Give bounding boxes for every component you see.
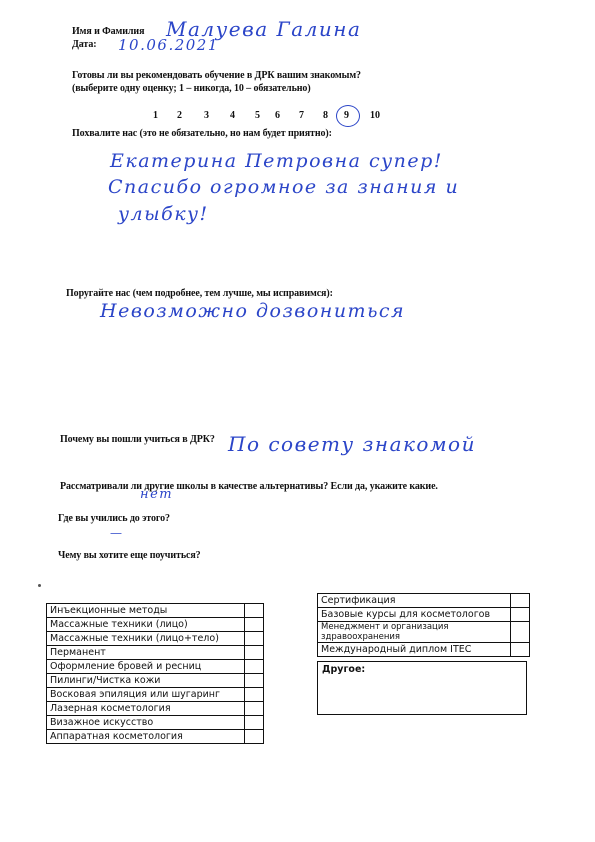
- course-left-label: Массажные техники (лицо+тело): [47, 632, 245, 646]
- course-left-row: Инъекционные методы: [47, 604, 264, 618]
- course-left-row: Оформление бровей и ресниц: [47, 660, 264, 674]
- course-left-label: Оформление бровей и ресниц: [47, 660, 245, 674]
- course-right-label: Сертификация: [318, 594, 511, 608]
- course-left-checkbox[interactable]: [245, 632, 264, 646]
- course-left-row: Массажные техники (лицо): [47, 618, 264, 632]
- alternatives-answer: нет: [140, 487, 173, 502]
- course-left-label: Инъекционные методы: [47, 604, 245, 618]
- course-left-label: Пилинги/Чистка кожи: [47, 674, 245, 688]
- date-value: 10.06.2021: [118, 36, 219, 54]
- course-left-checkbox[interactable]: [245, 688, 264, 702]
- praise-line-1: Екатерина Петровна супер!: [110, 150, 443, 172]
- course-left-checkbox[interactable]: [245, 674, 264, 688]
- course-left-label: Массажные техники (лицо): [47, 618, 245, 632]
- course-left-row: Массажные техники (лицо+тело): [47, 632, 264, 646]
- praise-label: Похвалите нас (это не обязательно, но на…: [72, 128, 332, 139]
- praise-line-2: Спасибо огромное за знания и: [108, 176, 459, 198]
- rating-option-6[interactable]: 6: [275, 110, 280, 121]
- course-right-label: Базовые курсы для косметологов: [318, 608, 511, 622]
- course-left-checkbox[interactable]: [245, 716, 264, 730]
- other-box[interactable]: Другое:: [317, 661, 527, 715]
- date-label: Дата:: [72, 39, 97, 50]
- course-left-checkbox[interactable]: [245, 646, 264, 660]
- course-left-checkbox[interactable]: [245, 702, 264, 716]
- course-right-row: Базовые курсы для косметологов: [318, 608, 530, 622]
- course-left-row: Аппаратная косметология: [47, 730, 264, 744]
- rating-option-7[interactable]: 7: [299, 110, 304, 121]
- other-label: Другое:: [322, 664, 365, 675]
- previous-label: Где вы учились до этого?: [58, 513, 170, 524]
- course-right-checkbox[interactable]: [511, 622, 530, 643]
- course-right-label: Международный диплом ITEC: [318, 643, 511, 657]
- course-right-row: Менеджмент и организация здравоохранения: [318, 622, 530, 643]
- course-left-label: Перманент: [47, 646, 245, 660]
- course-left-checkbox[interactable]: [245, 618, 264, 632]
- rating-option-4[interactable]: 4: [230, 110, 235, 121]
- alternatives-label: Рассматривали ли другие школы в качестве…: [60, 481, 438, 492]
- course-left-row: Перманент: [47, 646, 264, 660]
- rating-option-10[interactable]: 10: [370, 110, 380, 121]
- course-left-checkbox[interactable]: [245, 604, 264, 618]
- course-right-label: Менеджмент и организация здравоохранения: [318, 622, 511, 643]
- course-left-row: Восковая эпиляция или шугаринг: [47, 688, 264, 702]
- rating-option-5[interactable]: 5: [255, 110, 260, 121]
- previous-answer: —: [110, 526, 124, 540]
- criticism-answer: Невозможно дозвониться: [100, 300, 405, 322]
- rating-option-8[interactable]: 8: [323, 110, 328, 121]
- course-left-label: Аппаратная косметология: [47, 730, 245, 744]
- courses-table-left: Инъекционные методыМассажные техники (ли…: [46, 603, 264, 744]
- courses-table-right: СертификацияБазовые курсы для косметолог…: [317, 593, 530, 657]
- why-label: Почему вы пошли учиться в ДРК?: [60, 434, 215, 445]
- course-right-row: Сертификация: [318, 594, 530, 608]
- why-answer: По совету знакомой: [228, 432, 476, 456]
- course-left-row: Пилинги/Чистка кожи: [47, 674, 264, 688]
- course-left-checkbox[interactable]: [245, 730, 264, 744]
- course-left-label: Лазерная косметология: [47, 702, 245, 716]
- recommend-question: Готовы ли вы рекомендовать обучение в ДР…: [72, 70, 361, 81]
- course-left-checkbox[interactable]: [245, 660, 264, 674]
- course-left-label: Визажное искусство: [47, 716, 245, 730]
- course-right-checkbox[interactable]: [511, 643, 530, 657]
- criticism-label: Поругайте нас (чем подробнее, тем лучше,…: [66, 288, 333, 299]
- selected-rating-circle: [336, 105, 360, 127]
- rating-option-3[interactable]: 3: [204, 110, 209, 121]
- course-right-row: Международный диплом ITEC: [318, 643, 530, 657]
- praise-line-3: улыбку!: [118, 203, 209, 225]
- course-right-checkbox[interactable]: [511, 608, 530, 622]
- course-right-checkbox[interactable]: [511, 594, 530, 608]
- course-left-row: Визажное искусство: [47, 716, 264, 730]
- course-left-row: Лазерная косметология: [47, 702, 264, 716]
- rating-option-1[interactable]: 1: [153, 110, 158, 121]
- recommend-hint: (выберите одну оценку; 1 – никогда, 10 –…: [72, 83, 311, 94]
- course-left-label: Восковая эпиляция или шугаринг: [47, 688, 245, 702]
- scan-speck: [38, 584, 41, 587]
- wish-label: Чему вы хотите еще поучиться?: [58, 550, 201, 561]
- rating-option-2[interactable]: 2: [177, 110, 182, 121]
